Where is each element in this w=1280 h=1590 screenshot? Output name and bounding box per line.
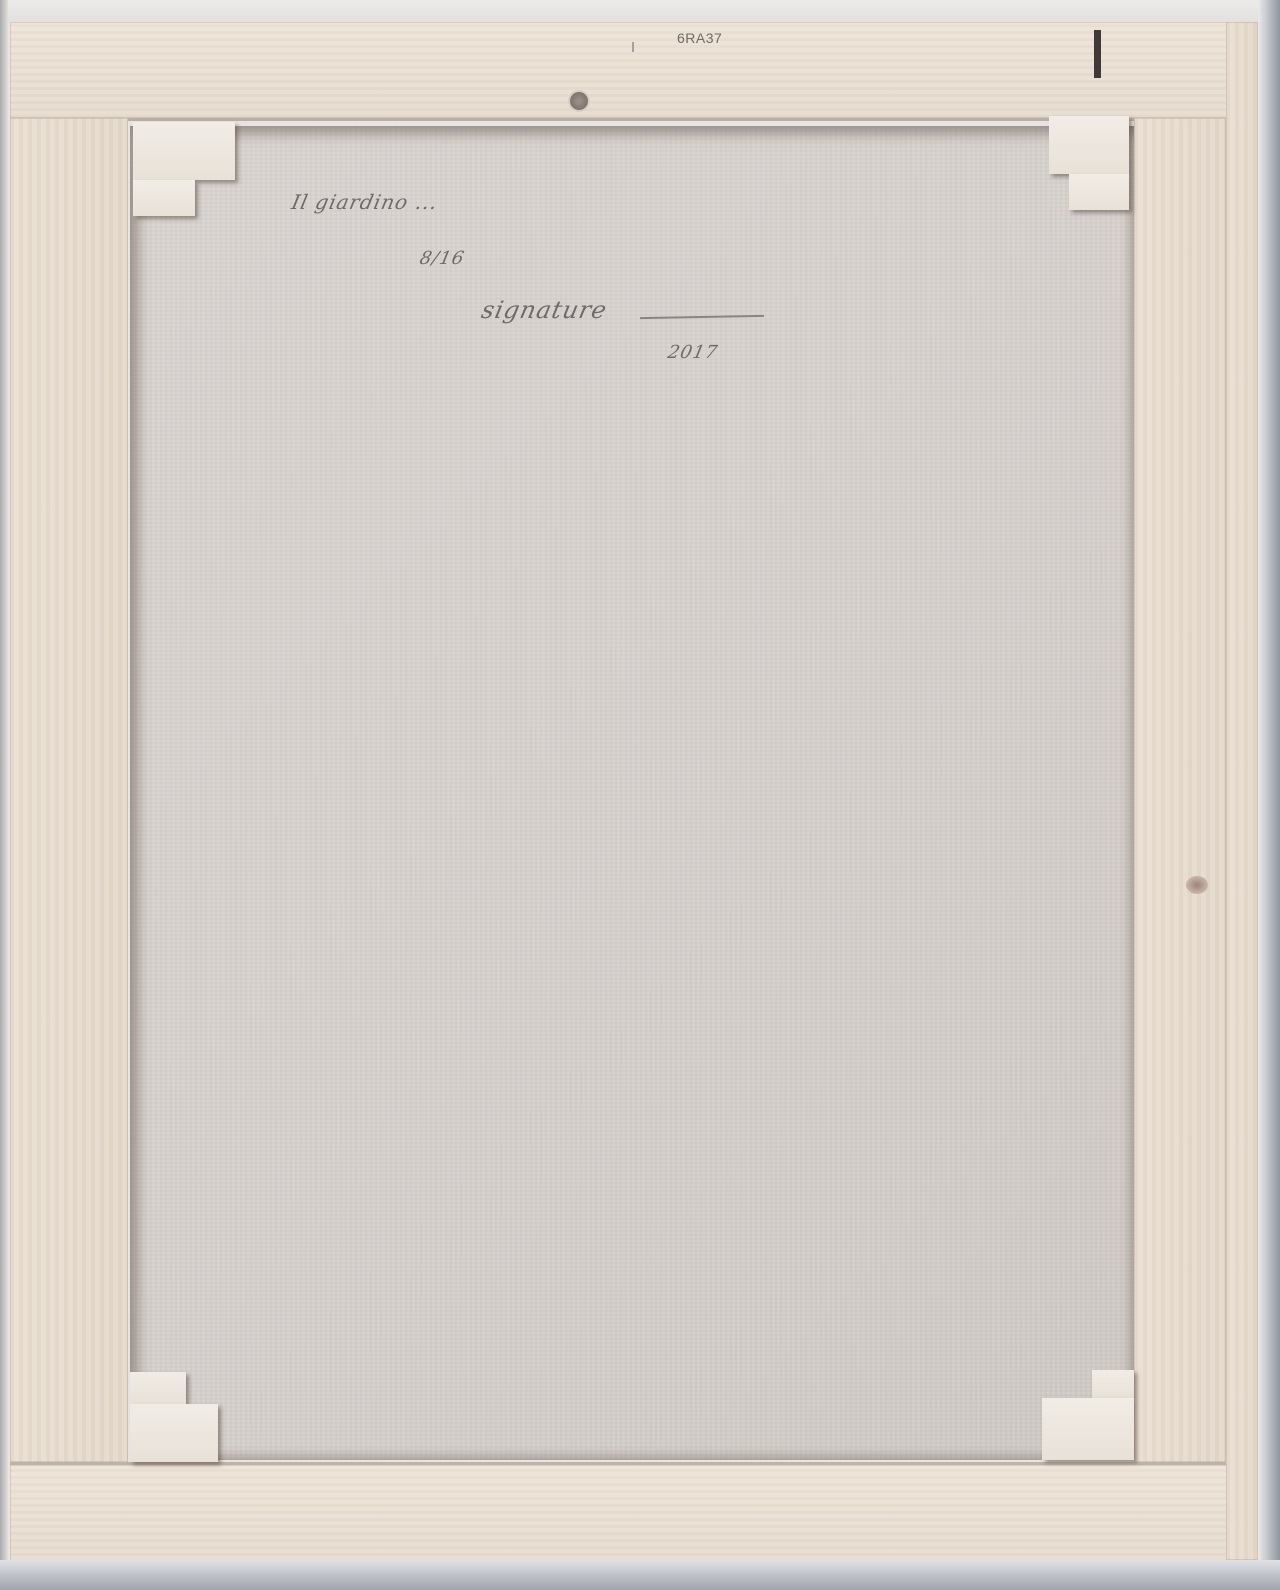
canvas-back [130, 126, 1134, 1460]
stretcher-stamp: 6RA37 [677, 30, 722, 46]
painting-back-photo: 6RA37 Il giardino ... 8/16 signature 201… [0, 0, 1280, 1590]
stretcher-bar-top [10, 22, 1258, 121]
pencil-mark [632, 42, 634, 52]
inscription-title: Il giardino ... [289, 190, 440, 214]
backdrop-bottom [0, 1560, 1280, 1590]
corner-key-bottom-left-small [130, 1372, 186, 1404]
corner-key-top-right [1049, 116, 1129, 174]
frame-slot [1094, 30, 1101, 78]
corner-key-top-right-small [1069, 174, 1129, 210]
stretcher-bar-right [1134, 118, 1226, 1462]
canvas-edge-right [1226, 22, 1258, 1560]
corner-key-top-left-small [133, 180, 195, 216]
corner-key-top-left [133, 122, 235, 180]
stretcher-bar-bottom [10, 1462, 1258, 1563]
backdrop-right [1258, 0, 1280, 1590]
inscription-signature: signature [479, 296, 610, 324]
inscription-edition: 8/16 [418, 248, 467, 269]
corner-key-bottom-left [130, 1404, 218, 1462]
backdrop-top [0, 0, 1280, 22]
corner-key-bottom-right-small [1092, 1370, 1134, 1398]
backdrop-left [0, 0, 8, 1590]
corner-key-bottom-right [1042, 1398, 1134, 1460]
hanging-screw [570, 92, 588, 110]
inscription-date: 2017 [666, 342, 720, 363]
wood-knot [1186, 876, 1208, 894]
stretcher-bar-left [10, 118, 128, 1462]
